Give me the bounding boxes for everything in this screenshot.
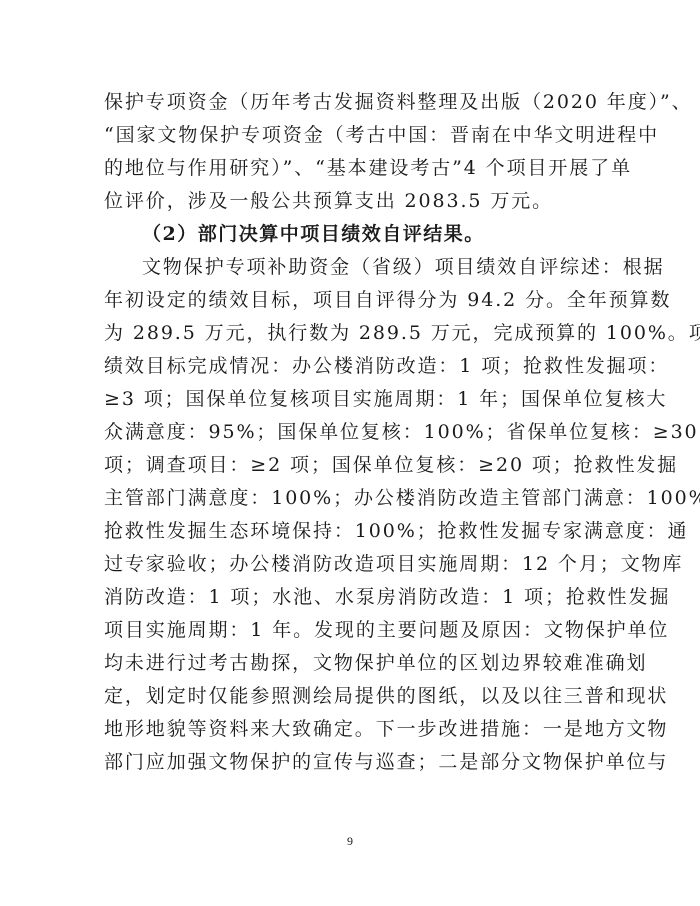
- text-line: 抢救性发掘生态环境保持：100%；抢救性发掘专家满意度：通: [104, 515, 598, 548]
- text-line: 众满意度：95%；国保单位复核：100%；省保单位复核：≥30: [104, 416, 598, 449]
- text-line: 文物保护专项补助资金（省级）项目绩效自评综述：根据: [104, 251, 598, 284]
- text-line: ≥3 项；国保单位复核项目实施周期：1 年；国保单位复核大: [104, 383, 598, 416]
- text-line: 项；调查项目：≥2 项；国保单位复核：≥20 项；抢救性发掘: [104, 449, 598, 482]
- page-number: 9: [0, 834, 700, 849]
- text-line: 为 289.5 万元，执行数为 289.5 万元，完成预算的 100%。项目: [104, 317, 598, 350]
- text-line: 主管部门满意度：100%；办公楼消防改造主管部门满意：100%；: [104, 482, 598, 515]
- text-line: 过专家验收；办公楼消防改造项目实施周期：12 个月；文物库: [104, 548, 598, 581]
- text-line: 年初设定的绩效目标，项目自评得分为 94.2 分。全年预算数: [104, 284, 598, 317]
- text-line: 项目实施周期：1 年。发现的主要问题及原因：文物保护单位: [104, 614, 598, 647]
- text-line: 位评价，涉及一般公共预算支出 2083.5 万元。: [104, 185, 598, 218]
- body-text: 保护专项资金（历年考古发掘资料整理及出版（2020 年度）”、 “国家文物保护专…: [104, 86, 598, 779]
- text-line: 绩效目标完成情况：办公楼消防改造：1 项；抢救性发掘项：: [104, 350, 598, 383]
- text-line: 消防改造：1 项；水池、水泵房消防改造：1 项；抢救性发掘: [104, 581, 598, 614]
- text-line: 均未进行过考古勘探，文物保护单位的区划边界较难准确划: [104, 647, 598, 680]
- text-line: “国家文物保护专项资金（考古中国：晋南在中华文明进程中: [104, 119, 598, 152]
- text-line: 定，划定时仅能参照测绘局提供的图纸，以及以往三普和现状: [104, 680, 598, 713]
- text-line: 保护专项资金（历年考古发掘资料整理及出版（2020 年度）”、: [104, 86, 598, 119]
- document-page: 保护专项资金（历年考古发掘资料整理及出版（2020 年度）”、 “国家文物保护专…: [0, 0, 700, 906]
- text-line: 部门应加强文物保护的宣传与巡查；二是部分文物保护单位与: [104, 746, 598, 779]
- section-heading: （2）部门决算中项目绩效自评结果。: [104, 218, 598, 251]
- text-line: 地形地貌等资料来大致确定。下一步改进措施：一是地方文物: [104, 713, 598, 746]
- text-line: 的地位与作用研究）”、“基本建设考古”4 个项目开展了单: [104, 152, 598, 185]
